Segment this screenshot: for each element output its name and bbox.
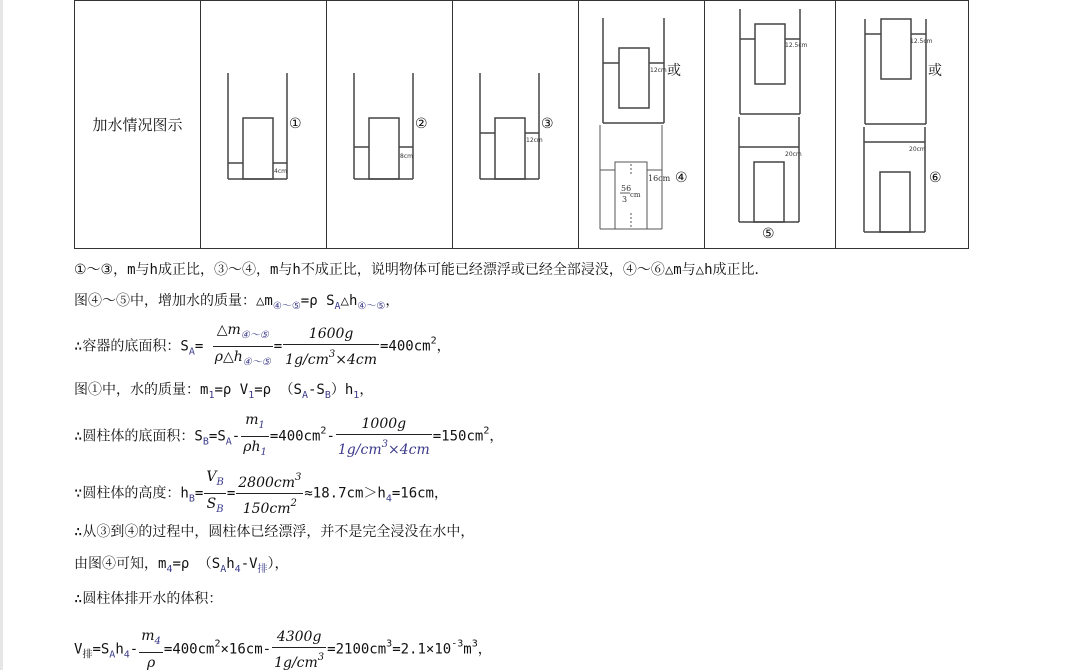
diagram-cell-1: 4cm ①	[201, 1, 327, 249]
container-diagram-6: 12.5cm 或 20cm ⑥	[836, 1, 968, 248]
fraction-m4: m4ρ	[139, 626, 163, 670]
fraction-1000g: 1000g1g/cm3×4cm	[336, 414, 432, 460]
marker: ④	[675, 170, 688, 186]
water-height-label: 12cm	[526, 137, 543, 144]
marker: ⑥	[929, 170, 942, 186]
fraction-2800: 2800cm3150cm2	[236, 468, 303, 519]
diagram-cell-6: 12.5cm 或 20cm ⑥	[836, 1, 969, 249]
marker: ⑤	[762, 226, 775, 242]
solution-line-2: 图④～⑤中，增加水的质量：△m④～⑤=ρ SA△h④～⑤，	[74, 292, 399, 316]
diagram-cell-2: 8cm ②	[327, 1, 453, 249]
top-water-label: 12cm	[650, 67, 667, 74]
solution-line-7: ∴从③到④的过程中，圆柱体已经漂浮，并不是完全浸没在水中，	[74, 523, 474, 541]
marker: ①	[289, 116, 302, 132]
solution-line-5: ∴圆柱体的底面积：SB=SA-m1ρh1=400cm2-1000g1g/cm3×…	[74, 410, 503, 463]
marker: ③	[541, 116, 554, 132]
solution-line-10: V排=SAh4-m4ρ=400cm2×16cm-4300g1g/cm3=2100…	[74, 626, 492, 670]
fraction-m1: m1ρh1	[241, 410, 269, 463]
solution-line-4: 图①中，水的质量：m1=ρ V1=ρ （SA-SB）h1，	[74, 381, 373, 405]
diagram-cell-5: 12.5cm 20cm ⑤	[705, 1, 836, 249]
fraction-4300g: 4300g1g/cm3	[272, 627, 326, 670]
container-diagram-5: 12.5cm 20cm ⑤	[705, 1, 835, 248]
container-diagram-1: 4cm ①	[201, 1, 326, 248]
water-height-label: 4cm	[274, 168, 287, 175]
water-height-label: 8cm	[400, 153, 413, 160]
top-water-label: 12.5cm	[785, 42, 808, 49]
solution-line-8: 由图④可知，m4=ρ （SAh4-V排），	[74, 555, 289, 579]
object-height-den: 3	[622, 195, 627, 204]
container-diagram-3: 12cm ③	[453, 1, 578, 248]
container-diagram-2: 8cm ②	[327, 1, 452, 248]
container-diagram-4: 12cm 或 56 3 cm 16cm ④	[579, 1, 704, 248]
or-text: 或	[928, 63, 942, 79]
solution-line-6: ∵圆柱体的高度：hB=VBSB=2800cm3150cm2≈18.7cm＞h4=…	[74, 467, 448, 520]
solution-line-1: ①～③，m与h成正比，③～④，m与h不成正比，说明物体可能已经漂浮或已经全部浸没…	[74, 261, 769, 279]
bottom-water-label: 20cm	[785, 151, 802, 158]
solution-line-9: ∴圆柱体排开水的体积：	[74, 590, 222, 608]
or-text: 或	[667, 63, 681, 79]
object-height-unit: cm	[630, 191, 641, 199]
diagram-cell-3: 12cm ③	[453, 1, 579, 249]
water-adding-table: 加水情况图示 4cm ① 8cm ②	[74, 0, 969, 249]
top-water-label: 12.5cm	[910, 38, 933, 45]
bottom-water-label: 16cm	[648, 174, 671, 183]
marker: ②	[415, 116, 428, 132]
fraction-vb-sb: VBSB	[204, 467, 225, 520]
solution-line-3: ∴容器的底面积：SA= △m④～⑤ρ△h④～⑤=1600g1g/cm3×4cm=…	[74, 320, 451, 373]
diagram-cell-4: 12cm 或 56 3 cm 16cm ④	[579, 1, 705, 249]
row-label: 加水情况图示	[75, 1, 201, 249]
left-edge	[0, 0, 3, 670]
fraction-delta-m: △m④～⑤ρ△h④～⑤	[213, 320, 273, 373]
bottom-water-label: 20cm	[909, 146, 926, 153]
fraction-1600g: 1600g1g/cm3×4cm	[283, 324, 379, 370]
